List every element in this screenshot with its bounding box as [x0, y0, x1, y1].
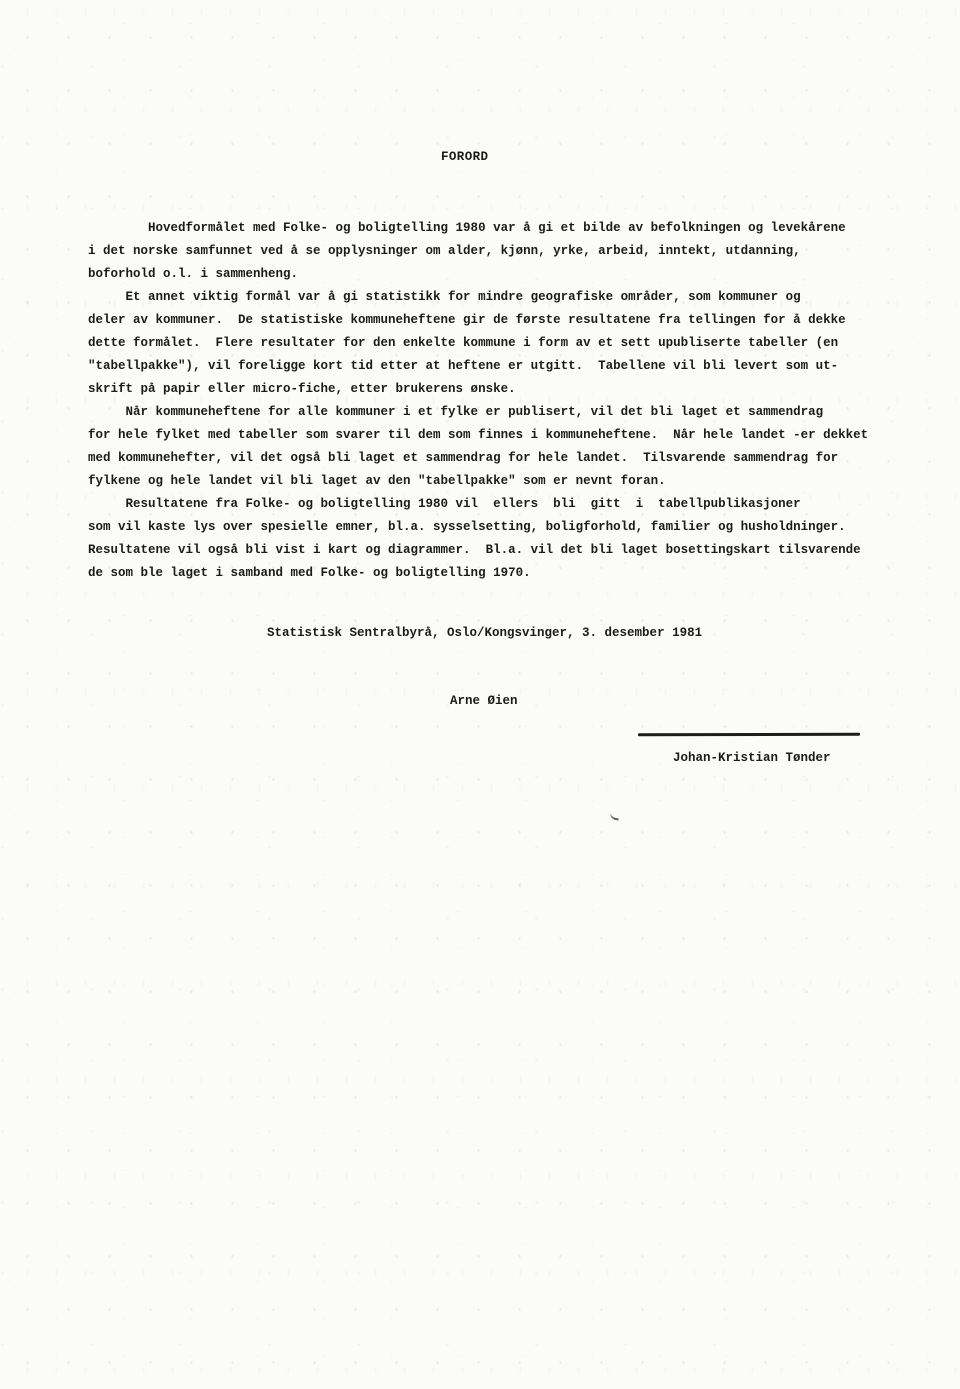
- body-line: Når kommuneheftene for alle kommuner i e…: [88, 401, 868, 424]
- body-line: Resultatene vil også bli vist i kart og …: [88, 539, 868, 562]
- body-line: "tabellpakke"), vil foreligge kort tid e…: [88, 355, 868, 378]
- body-text: Hovedformålet med Folke- og boligtelling…: [88, 217, 868, 585]
- body-line: i det norske samfunnet ved å se opplysni…: [88, 240, 868, 263]
- page-title: FORORD: [441, 150, 488, 164]
- signature-name-primary: Arne Øien: [450, 694, 518, 708]
- body-line: med kommunehefter, vil det også bli lage…: [88, 447, 868, 470]
- signature-org-dateline: Statistisk Sentralbyrå, Oslo/Kongsvinger…: [267, 626, 702, 640]
- body-line: Hovedformålet med Folke- og boligtelling…: [88, 217, 868, 240]
- scan-artifact-mark: [610, 811, 620, 821]
- body-line: som vil kaste lys over spesielle emner, …: [88, 516, 868, 539]
- scanned-document-page: FORORD Hovedformålet med Folke- og bolig…: [0, 0, 960, 1389]
- body-line: deler av kommuner. De statistiske kommun…: [88, 309, 868, 332]
- body-line: dette formålet. Flere resultater for den…: [88, 332, 868, 355]
- body-line: boforhold o.l. i sammenheng.: [88, 263, 868, 286]
- body-line: skrift på papir eller micro-fiche, etter…: [88, 378, 868, 401]
- body-line: Resultatene fra Folke- og boligtelling 1…: [88, 493, 868, 516]
- signature-rule: [638, 733, 860, 737]
- body-line: de som ble laget i samband med Folke- og…: [88, 562, 868, 585]
- body-line: Et annet viktig formål var å gi statisti…: [88, 286, 868, 309]
- signature-name-secondary: Johan-Kristian Tønder: [673, 751, 831, 765]
- body-line: for hele fylket med tabeller som svarer …: [88, 424, 868, 447]
- body-line: fylkene og hele landet vil bli laget av …: [88, 470, 868, 493]
